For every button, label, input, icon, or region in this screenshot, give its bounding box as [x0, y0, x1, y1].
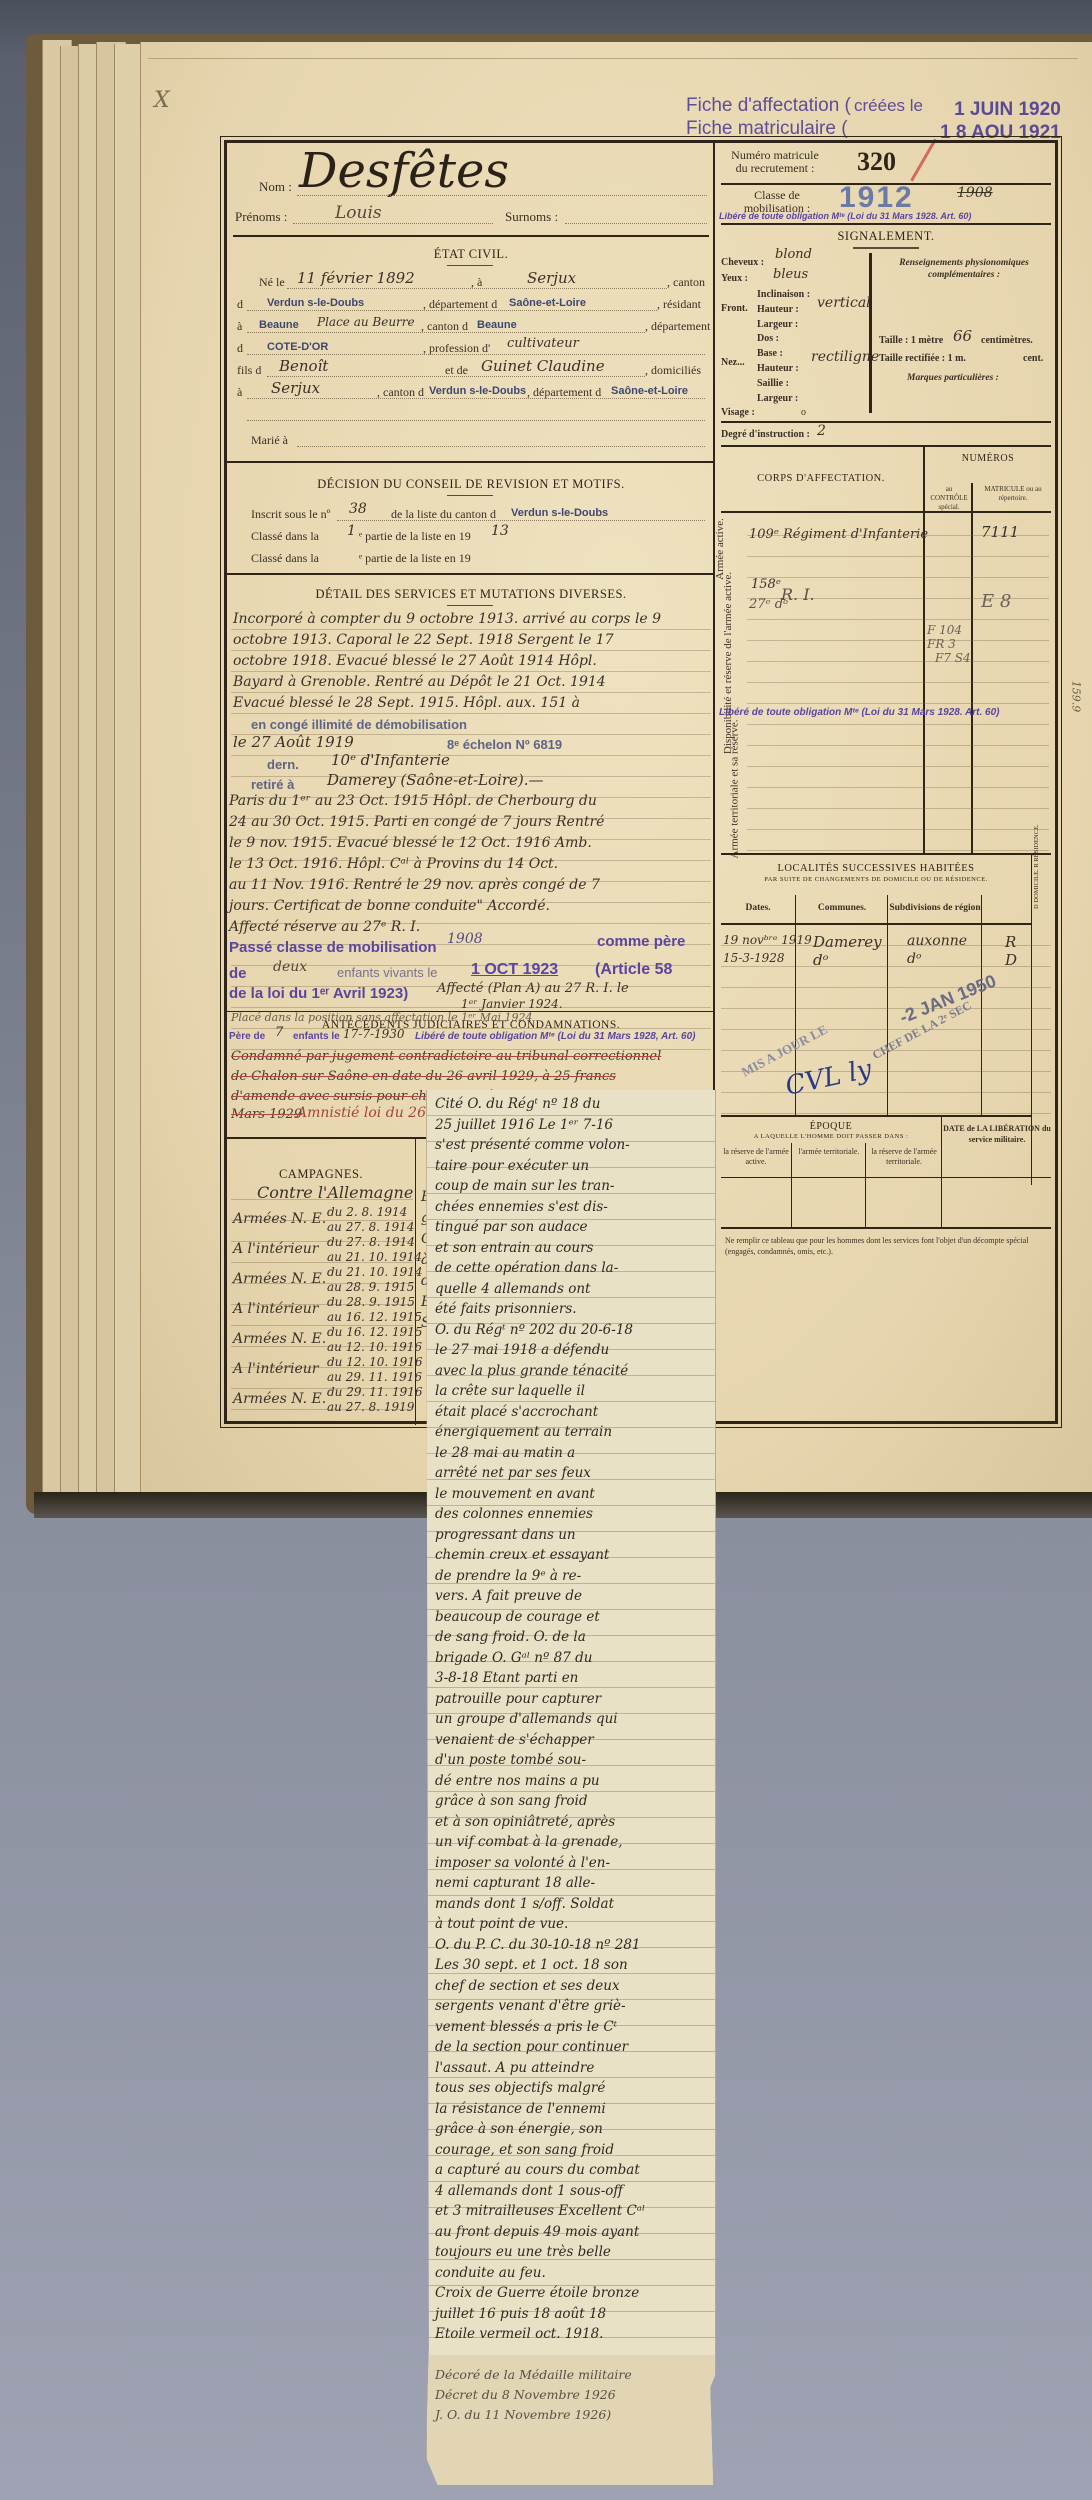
visage-label: Visage :: [721, 407, 755, 418]
campagne-place: A l'intérieur: [233, 1241, 318, 1257]
citation-line: mands dont 1 s/off. Soldat: [435, 1896, 614, 1912]
citation-line: 25 juillet 1916 Le 1ᵉʳ 7-16: [435, 1117, 613, 1133]
nom-line: [297, 195, 707, 196]
campagne-to: au 27. 8. 1914: [327, 1220, 414, 1234]
enfants2-stamp: enfants le: [293, 1031, 340, 1042]
decision-title: DÉCISION DU CONSEIL DE REVISION ET MOTIF…: [227, 477, 715, 492]
fiche-affectation-label: Fiche d'affectation (: [686, 94, 851, 117]
renseignements-label: Renseignements physionomiques complément…: [879, 257, 1049, 281]
citation-line: été faits prisonniers.: [435, 1301, 577, 1317]
dr-col-header: D DOMICILE. R RÉSIDENCE.: [1033, 859, 1055, 909]
corps-ruled-area: [747, 515, 1049, 853]
citation-line: le 28 mai au matin a: [435, 1445, 575, 1461]
citation-line: d'un poste tombé sou-: [435, 1752, 586, 1768]
residant-label: , résidant: [657, 297, 701, 312]
active-corps-value: 109ᵉ Régiment d'Infanterie: [749, 527, 928, 542]
controle-col-header: au CONTRÔLE spécial.: [927, 485, 971, 512]
conge-date: le 27 Août 1919: [233, 733, 354, 751]
services-line: Incorporé à compter du 9 octobre 1913. a…: [233, 609, 661, 630]
citation-line: nemi capturant 18 alle-: [435, 1875, 595, 1891]
citation-line: et à son opiniâtreté, après: [435, 1814, 615, 1830]
citation-line: quelle 4 allemands ont: [435, 1281, 590, 1297]
citation-line: sergents venant d'être griè-: [435, 1998, 626, 2014]
crees-le-label: créées le: [854, 94, 923, 117]
front-value: vertical: [817, 295, 871, 311]
citation-line: tous ses objectifs malgré: [435, 2080, 605, 2096]
retire-value: Damerey (Saône-et-Loire).—: [327, 771, 544, 789]
col-dates-header: Dates.: [721, 903, 795, 913]
col-subdivisions-header: Subdivisions de région: [889, 903, 981, 913]
prenoms-value: Louis: [335, 203, 382, 223]
title-underline: [447, 605, 493, 606]
services-line: le 9 nov. 1915. Evacué blessé le 12 Oct.…: [229, 833, 604, 854]
de-stamp: de: [229, 965, 247, 982]
citation-line: la résistance de l'ennemi: [435, 2101, 606, 2117]
citation-line: a capturé au cours du combat: [435, 2162, 640, 2178]
citation-line: grâce à son sang froid: [435, 1793, 588, 1809]
campagne-to: au 12. 10. 1916: [327, 1340, 422, 1354]
classe1-partie: 1: [347, 523, 356, 539]
campagne-from: du 29. 11. 1916: [327, 1385, 423, 1399]
citation-line: O. du P. C. du 30-10-18 nº 281: [435, 1937, 641, 1953]
strip-footer: Décoré de la Médaille militaire Décret d…: [427, 2355, 715, 2485]
residence-departement: COTE-D'OR: [267, 341, 328, 353]
nez-value: rectiligne: [811, 349, 879, 365]
field-line: [247, 332, 645, 333]
localite-commune: dᵒ: [813, 951, 828, 969]
controle-note: F7 S4: [927, 651, 971, 665]
nez-field-label: Largeur :: [757, 391, 799, 406]
citation-line: toujours eu une très belle: [435, 2244, 611, 2260]
right-column: Numéro matricule du recrutement : 320 Cl…: [717, 143, 1055, 1421]
reserve-matricule-value: E 8: [981, 591, 1011, 612]
citation-line: un groupe d'allemands qui: [435, 1711, 618, 1727]
side-label-territoriale: Armée territoriale et sa réserve.: [728, 720, 740, 859]
classe1-label: Classé dans la: [251, 529, 319, 544]
citation-line: était placé s'accrochant: [435, 1404, 598, 1420]
citation-line: brigade O. Gᵃˡ nº 87 du: [435, 1650, 592, 1666]
degre-label: Degré d'instruction :: [721, 429, 810, 440]
citation-line: juillet 16 puis 18 août 18: [435, 2306, 606, 2322]
citation-line: dé entre nos mains a pu: [435, 1773, 600, 1789]
field-line: [287, 288, 667, 289]
page-border-line: [148, 58, 1078, 59]
taille-value: 66: [953, 327, 972, 345]
echelon-stamp: 8ᵉ échelon Nº 6819: [447, 737, 562, 752]
pere-de-stamp: Père de: [229, 1031, 265, 1042]
taille-rect-label: Taille rectifiée : 1 m.: [879, 353, 966, 364]
title-underline: [447, 495, 493, 496]
campagne-from: du 21. 10. 1914: [327, 1265, 423, 1279]
localites-title: LOCALITÉS SUCCESSIVES HABITÉES: [721, 863, 1031, 874]
dern-value: 10ᵉ d'Infanterie: [331, 751, 450, 769]
yeux-label: Yeux :: [721, 273, 748, 284]
field-line: [297, 446, 705, 447]
dern-stamp: dern.: [267, 757, 299, 772]
reserve-value-1: 158ᵉ: [751, 577, 781, 592]
section-rule: [721, 445, 1051, 447]
campagne-to: au 28. 9. 1915: [327, 1280, 414, 1294]
citation-line: chef de section et ses deux: [435, 1978, 620, 1994]
citation-line: un vif combat à la grenade,: [435, 1834, 623, 1850]
numero-matricule-value: 320: [857, 147, 896, 177]
enfants-count: deux: [273, 959, 307, 975]
conge-stamp: en congé illimité de démobilisation: [251, 717, 467, 732]
citation-line: vers. A fait preuve de: [435, 1588, 582, 1604]
citation-line: énergiquement au terrain: [435, 1424, 612, 1440]
field-line: [247, 398, 705, 399]
section-rule: [721, 1227, 1051, 1229]
affecte-date: 1ᵉʳ Janvier 1924.: [461, 997, 563, 1011]
judiciaire-line: Condamné par jugement contradictoire au …: [231, 1047, 661, 1067]
liste-value: Verdun s-le-Doubs: [511, 507, 608, 519]
campagne-from: du 28. 9. 1915: [327, 1295, 415, 1309]
column-divider: [865, 1143, 866, 1227]
localite-dr: D: [1005, 951, 1017, 969]
section-rule: [721, 421, 1051, 423]
fiche-dates-stamp: 1 JUIN 1920 1 8 AOU 1921: [940, 98, 1061, 144]
field-line: [247, 354, 705, 355]
yeux-value: bleus: [773, 267, 808, 282]
citation-line: coup de main sur les tran-: [435, 1178, 614, 1194]
front-field-label: Hauteur :: [757, 302, 810, 317]
canton-d-label: d: [237, 297, 243, 312]
citation-line: patrouille pour capturer: [435, 1691, 601, 1707]
epoque-col-reserve-territoriale: la réserve de l'armée territoriale.: [867, 1147, 941, 1167]
section-rule: [233, 235, 709, 237]
attached-citation-strip: Cité O. du Régᵗ nº 18 du25 juillet 1916 …: [426, 1090, 716, 2485]
classe-mobilisation-value: 1912: [839, 181, 914, 215]
localite-subdivision: dᵒ: [907, 951, 921, 967]
passe-classe-value: 1908: [447, 931, 483, 947]
localite-dr: R: [1005, 933, 1016, 951]
front-fields: Inclinaison : Hauteur : Largeur :: [757, 287, 810, 332]
ne-le-label: Né le: [259, 275, 285, 290]
citation-line: grâce à son énergie, son: [435, 2121, 603, 2137]
nom-value: Desfêtes: [299, 143, 509, 199]
mere-value: Guinet Claudine: [481, 357, 605, 375]
epoque-title: ÉPOQUE: [721, 1121, 941, 1132]
title-underline: [447, 265, 493, 266]
campagne-to: au 29. 11. 1916: [327, 1370, 422, 1384]
citation-line: chées ennemies s'est dis-: [435, 1199, 608, 1215]
col-communes-header: Communes.: [797, 903, 887, 913]
services-line: 24 au 30 Oct. 1915. Parti en congé de 7 …: [229, 812, 604, 833]
inscrit-value: 38: [349, 501, 367, 517]
services-text-2: Paris du 1ᵉʳ au 23 Oct. 1915 Hôpl. de Ch…: [229, 791, 604, 938]
citation-line: tingué par son audace: [435, 1219, 588, 1235]
campagne-from: du 16. 12. 1915: [327, 1325, 423, 1339]
numeros-title: NUMÉROS: [925, 453, 1051, 464]
nez-label: Nez...: [721, 357, 745, 368]
citation-line: Cité O. du Régᵗ nº 18 du: [435, 1096, 600, 1112]
nez-field-label: Base :: [757, 346, 799, 361]
citation-line: s'est présenté comme volon-: [435, 1137, 630, 1153]
journal-officiel-line: J. O. du 11 Novembre 1926): [435, 2407, 611, 2422]
citation-line: chemin creux et essayant: [435, 1547, 609, 1563]
controle-note: FR 3: [927, 637, 971, 651]
citation-line: 3-8-18 Etant parti en: [435, 1670, 578, 1686]
citation-line: et son entrain au cours: [435, 1240, 593, 1256]
citation-line: vement blessés a pris le Cᵗ: [435, 2019, 617, 2035]
fiche-stamp: Fiche d'affectation ( Fiche matriculaire…: [686, 94, 851, 140]
citation-line: Les 30 sept. et 1 oct. 18 son: [435, 1957, 628, 1973]
section-rule: [227, 1011, 715, 1012]
citation-line: taire pour exécuter un: [435, 1158, 589, 1174]
title-underline: [853, 247, 919, 249]
localite-commune: Damerey: [813, 933, 882, 951]
matricule-col-header: MATRICULE ou au répertoire.: [975, 485, 1051, 503]
citation-line: Etoile vermeil oct. 1918.: [435, 2326, 603, 2342]
citation-line: à tout point de vue.: [435, 1916, 568, 1932]
front-label: Front.: [721, 303, 748, 314]
retire-stamp: retiré à: [251, 777, 294, 792]
prenoms-line: [293, 223, 493, 224]
ne-le-value: 11 février 1892: [297, 269, 415, 287]
citation-line: conduite au feu.: [435, 2265, 546, 2281]
libere-stamp: Libéré de toute obligation Mᵗᵉ (Loi du 3…: [415, 1031, 695, 1042]
section-rule: [721, 223, 1051, 225]
services-line: octobre 1913. Caporal le 22 Sept. 1918 S…: [233, 630, 661, 651]
section-rule: [227, 461, 715, 463]
campagne-place: A l'intérieur: [233, 1301, 318, 1317]
passe-classe-stamp: Passé classe de mobilisation: [229, 939, 437, 956]
date-1923-stamp: 1 OCT 1923: [471, 961, 558, 979]
domicile-departement: Saône-et-Loire: [611, 385, 688, 397]
campagne-place: Armées N. E.: [233, 1391, 326, 1407]
services-text: Incorporé à compter du 9 octobre 1913. a…: [233, 609, 661, 714]
surnoms-line: [565, 223, 707, 224]
classe-alt-value: 1908: [957, 185, 993, 201]
campagne-from: du 2. 8. 1914: [327, 1205, 407, 1219]
citation-line: le 27 mai 1918 a défendu: [435, 1342, 609, 1358]
citation-line: de la section pour continuer: [435, 2039, 628, 2055]
fiche-matriculaire-label: Fiche matriculaire (: [686, 117, 851, 140]
section-rule: [721, 511, 1051, 513]
citation-line: au front depuis 49 mois ayant: [435, 2224, 639, 2240]
canton-value: Verdun s-le-Doubs: [267, 297, 364, 309]
inscrit-label: Inscrit sous le nº: [251, 507, 330, 522]
citation-line: venaient de s'échapper: [435, 1732, 594, 1748]
lieu-naissance-value: Serjux: [527, 269, 576, 287]
margin-cross-mark: X: [154, 88, 170, 113]
field-line: [337, 520, 705, 521]
field-line: [267, 376, 645, 377]
residence-city: Beaune: [259, 319, 299, 331]
domicile-canton: Verdun s-le-Doubs: [429, 385, 526, 397]
citation-line: beaucoup de courage et: [435, 1609, 600, 1625]
citation-line: 4 allemands dont 1 sous-off: [435, 2183, 623, 2199]
enfants-stamp: enfants vivants le: [337, 965, 437, 980]
residence-a-label: à: [237, 319, 242, 334]
classe1-year: 13: [491, 523, 509, 539]
citation-line: de prendre la 9ᵉ à re-: [435, 1568, 581, 1584]
departement-d-label: d: [237, 341, 243, 356]
article-stamp: (Article 58: [595, 961, 672, 979]
localite-date: 15-3-1928: [723, 951, 785, 965]
pere-value: Benoît: [279, 357, 328, 375]
taille-rect-suffix: cent.: [1023, 353, 1043, 364]
citation-line: imposer sa volonté à l'en-: [435, 1855, 610, 1871]
services-line: Bayard à Grenoble. Rentré au Dépôt le 21…: [233, 672, 661, 693]
citation-line: le mouvement en avant: [435, 1486, 595, 1502]
citation-line: O. du Régᵗ nº 202 du 20-6-18: [435, 1322, 633, 1338]
services-line: Paris du 1ᵉʳ au 23 Oct. 1915 Hôpl. de Ch…: [229, 791, 604, 812]
citation-line: des colonnes ennemies: [435, 1506, 593, 1522]
field-line: [247, 310, 657, 311]
citation-line: progressant dans un: [435, 1527, 576, 1543]
date-liberation-header: DATE de LA LIBÉRATION du service militai…: [943, 1123, 1051, 1145]
localite-date: 19 novᵇʳᵉ 1919: [723, 933, 812, 947]
nez-field-label: Hauteur :: [757, 361, 799, 376]
domicile-value: Serjux: [271, 379, 320, 397]
date-affectation: 1 JUIN 1920: [940, 98, 1061, 121]
campagne-to: au 16. 12. 1915: [327, 1310, 422, 1324]
localites-subtitle: PAR SUITE DE CHANGEMENTS DE DOMICILE OU …: [721, 876, 1031, 883]
nez-field-label: Dos :: [757, 331, 799, 346]
campagne-from: du 12. 10. 1916: [327, 1355, 423, 1369]
epoque-col-territoriale: l'armée territoriale.: [793, 1147, 865, 1157]
campagne-to: au 21. 10. 1914: [327, 1250, 422, 1264]
side-label-active: Armée active.: [714, 518, 726, 580]
cheveux-label: Cheveux :: [721, 257, 764, 268]
campagnes-header: Contre l'Allemagne: [257, 1183, 413, 1202]
front-field-label: Inclinaison :: [757, 287, 810, 302]
campagne-place: A l'intérieur: [233, 1361, 318, 1377]
epoque-note: Ne remplir ce tableau que pour les homme…: [725, 1235, 1051, 1257]
active-matricule-value: 7111: [981, 523, 1019, 541]
signalement-title: SIGNALEMENT.: [717, 229, 1055, 244]
judiciaires-title: ANTÉCÉDENTS JUDICIAIRES ET CONDAMNATIONS…: [227, 1019, 715, 1031]
cheveux-value: blond: [775, 247, 812, 262]
classe1-suffix: ᵉ partie de la liste en 19: [359, 529, 471, 544]
field-line: [247, 420, 705, 421]
services-title: DÉTAIL DES SERVICES ET MUTATIONS DIVERSE…: [227, 587, 715, 602]
citation-line: l'assaut. A pu atteindre: [435, 2060, 594, 2076]
services-line: jours. Certificat de bonne conduite" Acc…: [229, 896, 604, 917]
classe2-suffix: ᵉ partie de la liste en 19: [359, 551, 471, 566]
services-line: octobre 1918. Evacué blessé le 27 Août 1…: [233, 651, 661, 672]
medaille-line: Décoré de la Médaille militaire: [435, 2367, 632, 2382]
comme-pere-stamp: comme père: [597, 933, 685, 950]
surnoms-label: Surnoms :: [505, 209, 558, 225]
controle-notes: F 104 FR 3 F7 S4: [927, 623, 971, 665]
visage-value: o: [801, 407, 806, 418]
localite-subdivision: auxonne: [907, 933, 967, 949]
services-line: Affecté réserve au 27ᵉ R. I.: [229, 917, 604, 938]
section-rule: [721, 1177, 1051, 1178]
citation-line: de sang froid. O. de la: [435, 1629, 586, 1645]
citation-line: arrêté net par ses feux: [435, 1465, 591, 1481]
citation-line: avec la plus grande ténacité: [435, 1363, 628, 1379]
margin-note: 159.9: [1069, 681, 1082, 713]
affecte-line: Affecté (Plan A) au 27 R. I. le: [437, 981, 629, 996]
taille-suffix: centimètres.: [981, 335, 1033, 346]
front-field-label: Largeur :: [757, 317, 810, 332]
classe2-label: Classé dans la: [251, 551, 319, 566]
nom-label: Nom :: [259, 179, 292, 195]
profession-value: cultivateur: [507, 336, 579, 351]
domicilies-label: , domiciliés: [645, 363, 701, 378]
services-line: Evacué blessé le 28 Sept. 1915. Hôpl. au…: [233, 693, 661, 714]
campagne-place: Armées N. E.: [233, 1271, 326, 1287]
etat-civil-title: ÉTAT CIVIL.: [227, 247, 715, 262]
epoque-subtitle: A LAQUELLE L'HOMME DOIT PASSER DANS :: [721, 1133, 941, 1140]
services-line: au 11 Nov. 1916. Rentré le 29 nov. après…: [229, 875, 604, 896]
nez-fields: Dos : Base : Hauteur : Saillie : Largeur…: [757, 331, 799, 406]
section-rule: [721, 1115, 1031, 1117]
signalement-divider: [869, 253, 872, 413]
campagne-from: du 27. 8. 1914: [327, 1235, 415, 1249]
libere-stamp: Libéré de toute obligation Mᵗᵉ (Loi du 3…: [719, 707, 999, 718]
services-line: le 13 Oct. 1916. Hôpl. Cᵃˡ à Provins du …: [229, 854, 604, 875]
citation-line: Croix de Guerre étoile bronze: [435, 2285, 639, 2301]
fils-label: fils d: [237, 363, 261, 378]
citation-line: la crête sur laquelle il: [435, 1383, 585, 1399]
judiciaire-line: Mars 1929: [231, 1107, 302, 1122]
domicile-a-label: à: [237, 385, 242, 400]
section-rule: [721, 853, 1051, 855]
residence-departement-label: , département: [645, 319, 710, 334]
marques-label: Marques particulières :: [907, 373, 999, 383]
controle-note: F 104: [927, 623, 971, 637]
taille-label: Taille : 1 mètre: [879, 335, 943, 346]
canton-label: , canton: [667, 275, 705, 290]
reserve-value-3: 27ᵉ dᵒ: [749, 597, 788, 612]
judiciaire-line: de Chalon-sur-Saône en date du 26 avril …: [231, 1067, 661, 1087]
citation-line: et 3 mitrailleuses Excellent Cᵃˡ: [435, 2203, 645, 2219]
campagne-place: Armées N. E.: [233, 1211, 326, 1227]
loi-stamp: de la loi du 1ᵉʳ Avril 1923): [229, 985, 408, 1002]
campagne-place: Armées N. E.: [233, 1331, 326, 1347]
epoque-col-reserve: la réserve de l'armée active.: [721, 1147, 791, 1167]
residence-street: Place au Beurre: [317, 315, 415, 329]
decret-line: Décret du 8 Novembre 1926: [435, 2387, 616, 2402]
departement-value: Saône-et-Loire: [509, 297, 586, 309]
campagne-to: au 27. 8. 1919: [327, 1400, 414, 1414]
column-divider: [791, 1143, 792, 1227]
corps-title: CORPS D'AFFECTATION.: [721, 473, 921, 484]
marie-label: Marié à: [251, 433, 288, 448]
libere-stamp: Libéré de toute obligation Mᵗᵉ (Loi du 3…: [719, 211, 971, 221]
prenoms-label: Prénoms :: [235, 209, 287, 225]
residence-canton: Beaune: [477, 319, 517, 331]
nez-field-label: Saillie :: [757, 376, 799, 391]
citation-line: de cette opération dans la-: [435, 1260, 618, 1276]
citation-line: courage, et son sang froid: [435, 2142, 614, 2158]
column-divider: [941, 1117, 942, 1227]
numero-matricule-label: Numéro matricule du recrutement :: [727, 149, 823, 175]
section-rule: [227, 573, 715, 575]
degre-value: 2: [817, 423, 826, 439]
